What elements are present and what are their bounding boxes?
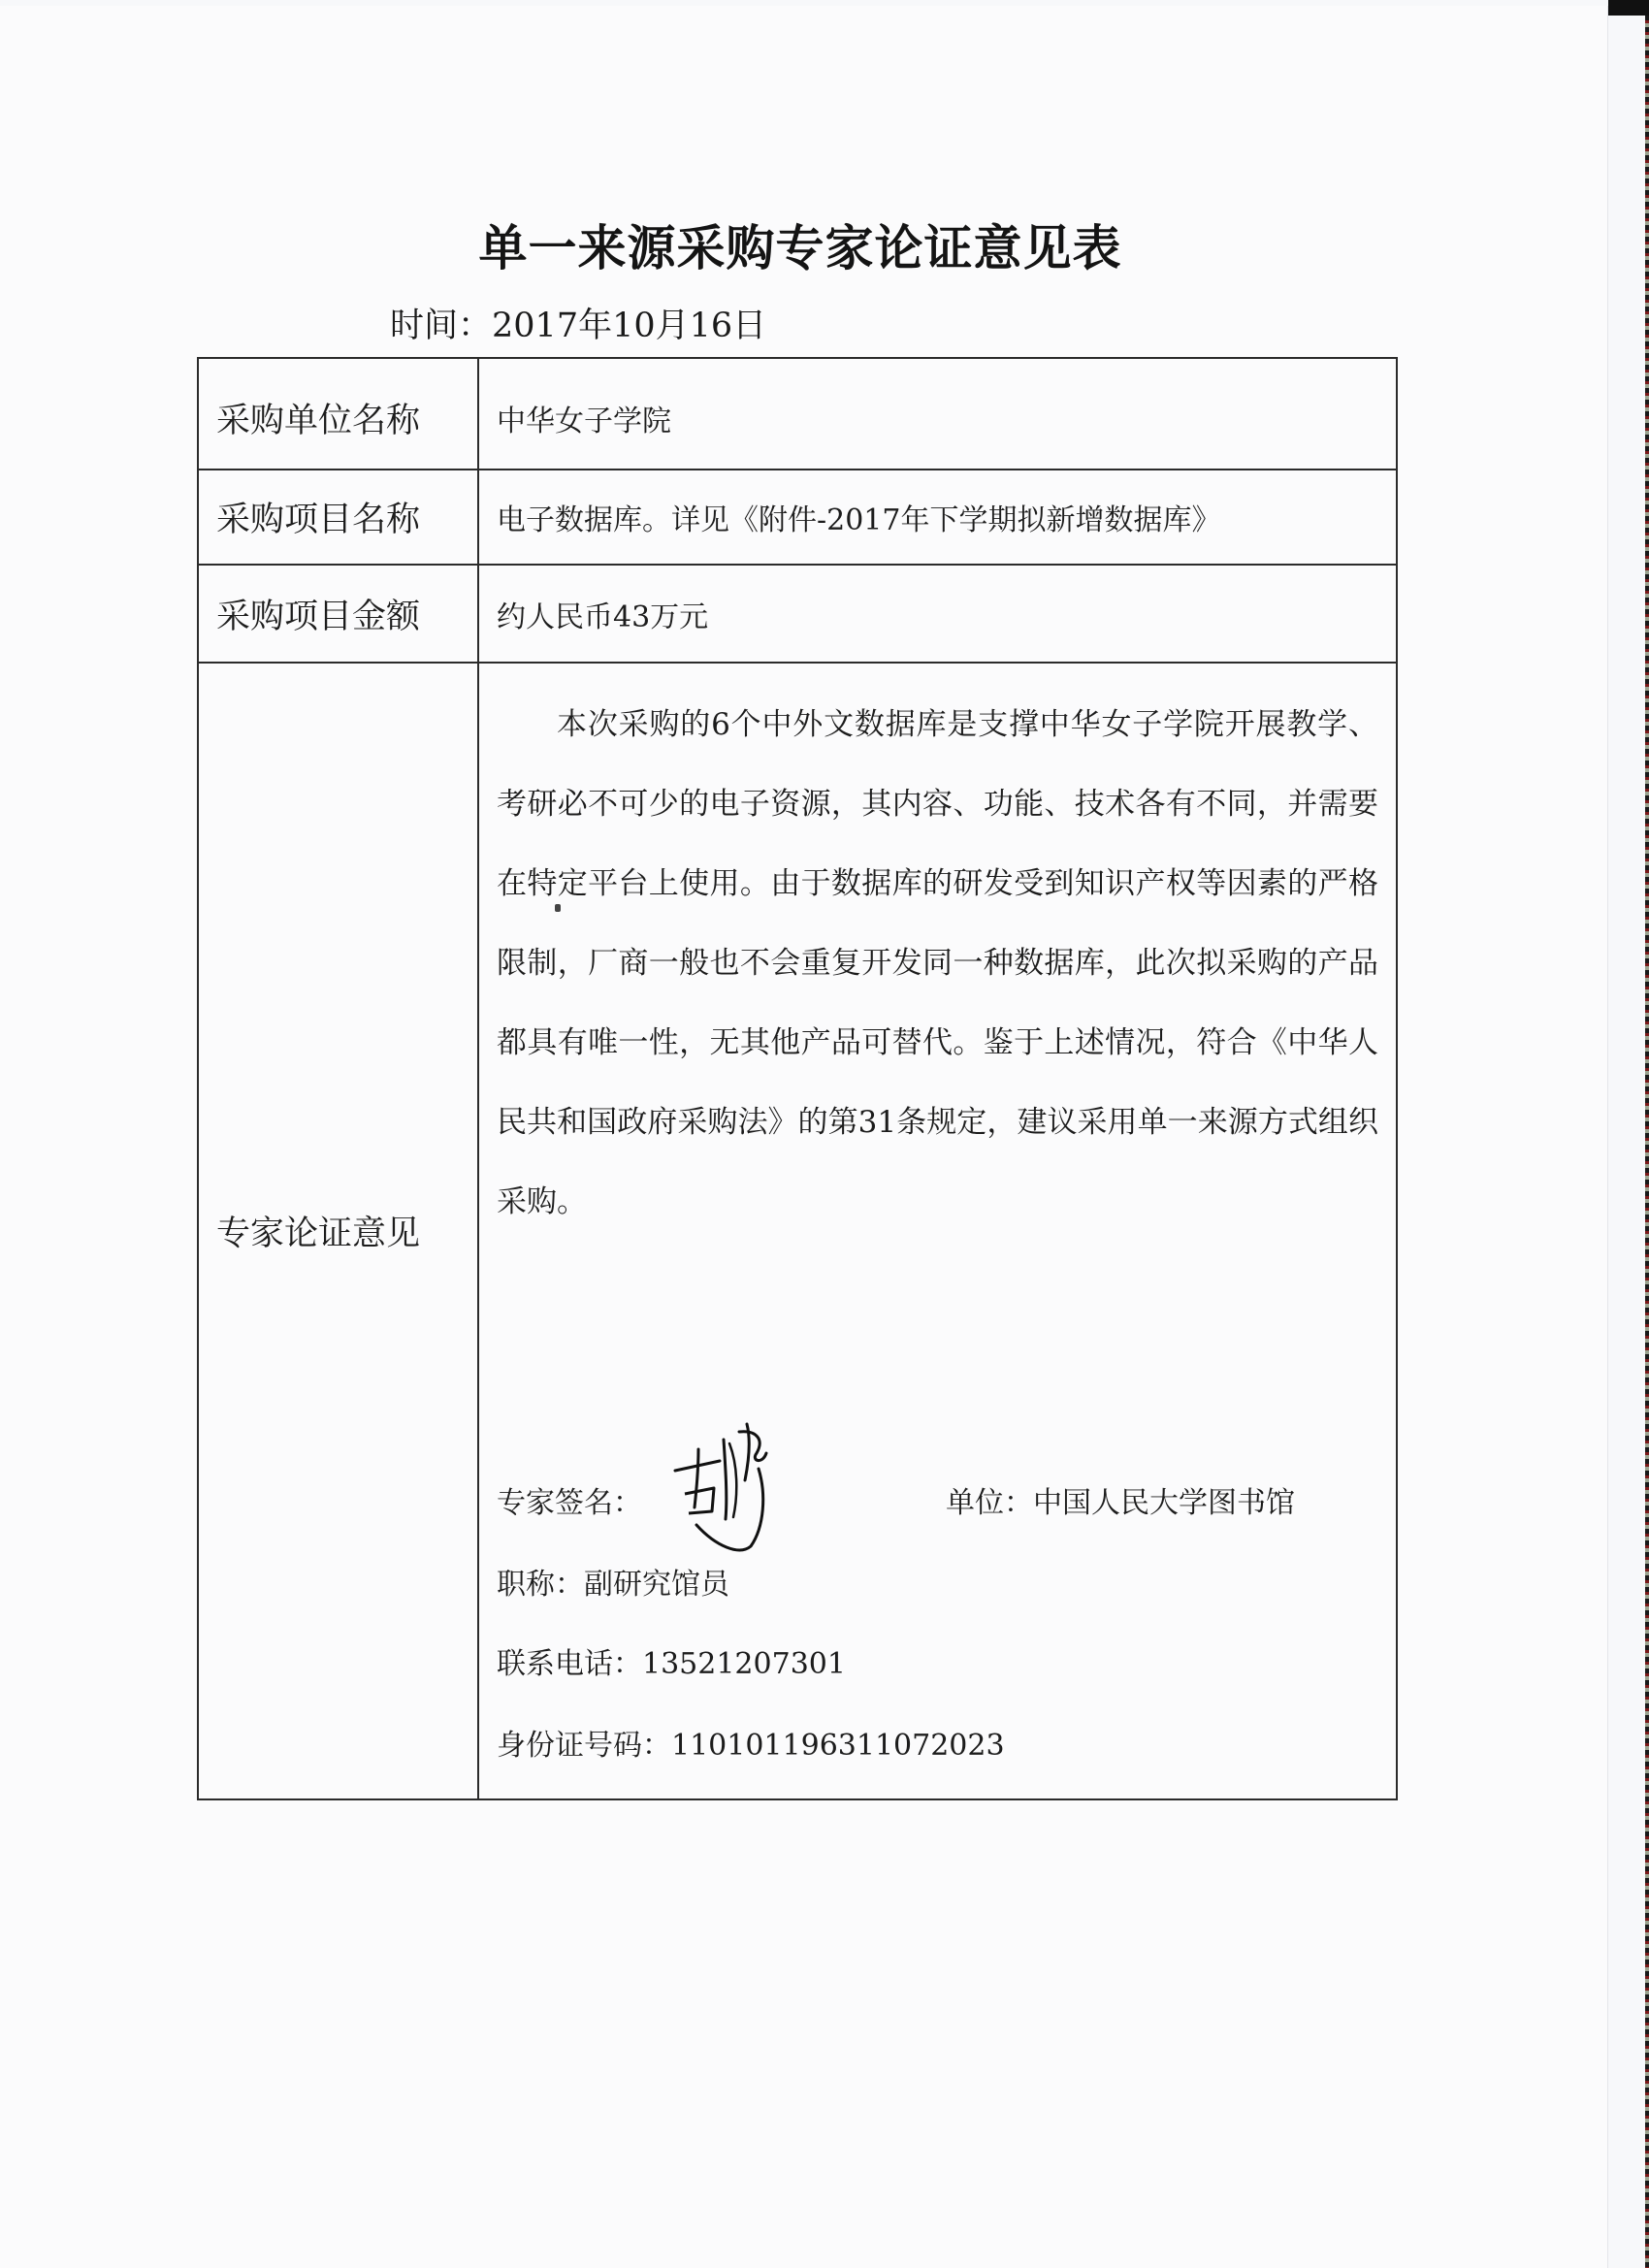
table-row-project-name: 采购项目名称 电子数据库。详见《附件-2017年下学期拟新增数据库》 [198, 470, 1397, 565]
purchaser-label: 采购单位名称 [198, 358, 478, 470]
unit-label: 单位： [946, 1486, 1033, 1520]
project-name-label: 采购项目名称 [198, 470, 478, 565]
opinion-form-table: 采购单位名称 中华女子学院 采购项目名称 电子数据库。详见《附件-2017年下学… [197, 357, 1398, 1800]
phone-value: 13521207301 [642, 1647, 846, 1681]
expert-opinion-label: 专家论证意见 [198, 663, 478, 1799]
project-name-value: 电子数据库。详见《附件-2017年下学期拟新增数据库》 [478, 470, 1397, 565]
title-line: 职称：副研究馆员 [497, 1560, 729, 1603]
scan-speck [555, 904, 561, 912]
table-row-expert-opinion: 专家论证意见 本次采购的6个中外文数据库是支撑中华女子学院开展教学、考研必不可少… [198, 663, 1397, 1799]
expert-opinion-cell: 本次采购的6个中外文数据库是支撑中华女子学院开展教学、考研必不可少的电子资源，其… [478, 663, 1397, 1799]
project-amount-label: 采购项目金额 [198, 565, 478, 663]
signature-label: 专家签名： [497, 1486, 642, 1520]
project-amount-value: 约人民币43万元 [478, 565, 1397, 663]
phone-label: 联系电话： [497, 1647, 642, 1681]
table-row-project-amount: 采购项目金额 约人民币43万元 [198, 565, 1397, 663]
scan-border-corner [1608, 0, 1649, 16]
title-label: 职称： [497, 1568, 584, 1602]
unit-value: 中国人民大学图书馆 [1033, 1486, 1295, 1520]
scan-border-strip [1645, 16, 1649, 2268]
table-row-purchaser: 采购单位名称 中华女子学院 [198, 358, 1397, 470]
id-number-label: 身份证号码： [497, 1729, 671, 1763]
id-number-value: 110101196311072023 [671, 1729, 1005, 1763]
id-number-line: 身份证号码：110101196311072023 [497, 1721, 1005, 1764]
signature-line: 专家签名： [497, 1478, 642, 1521]
unit-line: 单位：中国人民大学图书馆 [946, 1478, 1295, 1521]
purchaser-value: 中华女子学院 [478, 358, 1397, 470]
date-value: 2017年10月16日 [492, 307, 766, 345]
phone-line: 联系电话：13521207301 [497, 1639, 846, 1682]
document-title: 单一来源采购专家论证意见表 [0, 210, 1600, 279]
document-date: 时间：2017年10月16日 [390, 299, 766, 347]
expert-opinion-text: 本次采购的6个中外文数据库是支撑中华女子学院开展教学、考研必不可少的电子资源，其… [497, 685, 1378, 1242]
title-value: 副研究馆员 [584, 1568, 729, 1602]
handwritten-signature-icon [669, 1410, 795, 1556]
date-label: 时间： [390, 307, 492, 345]
